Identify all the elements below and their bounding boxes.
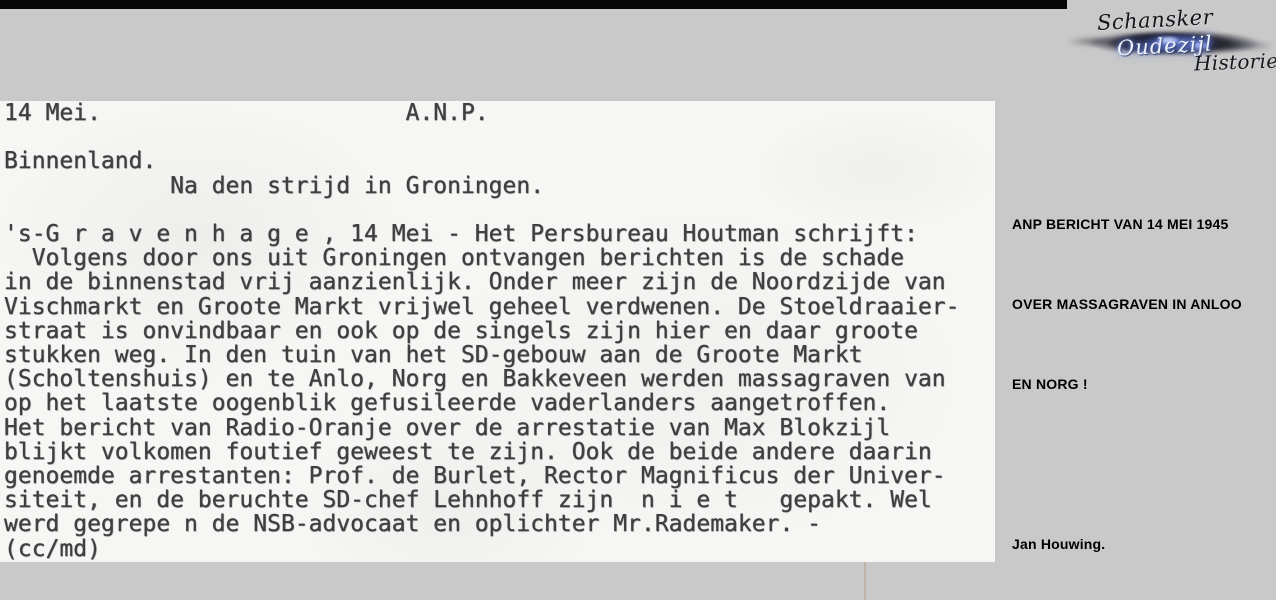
document-text: 14 Mei. A.N.P. Binnenland. Na den strijd…: [0, 101, 995, 561]
top-border-bar: [0, 0, 1067, 9]
logo-text-historie: Historie: [1194, 49, 1276, 76]
annotation-subject: OVER MASSAGRAVEN IN ANLOO: [1012, 296, 1242, 312]
site-logo[interactable]: Schansker Oudezijl Historie: [1062, 0, 1276, 100]
bottom-seam-line: [864, 562, 866, 600]
page: Schansker Oudezijl Historie 14 Mei. A.N.…: [0, 0, 1276, 600]
scanned-document: 14 Mei. A.N.P. Binnenland. Na den strijd…: [0, 101, 995, 562]
annotation-subject-2: EN NORG !: [1012, 376, 1088, 392]
annotation-title: ANP BERICHT VAN 14 MEI 1945: [1012, 216, 1229, 232]
annotation-signature: Jan Houwing.: [1012, 536, 1105, 552]
